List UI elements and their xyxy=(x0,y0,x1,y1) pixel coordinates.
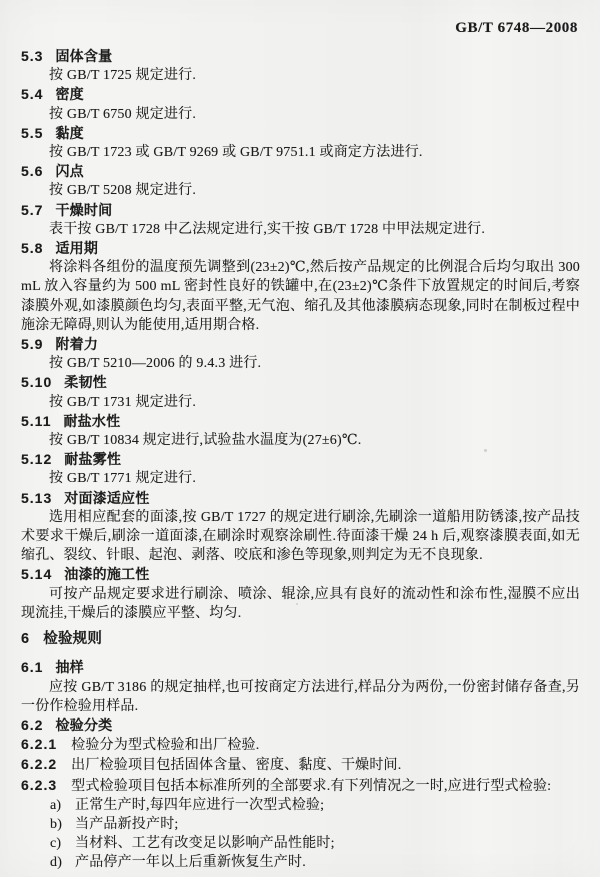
clause-title: 检验分类 xyxy=(55,717,112,733)
clause-title: 适用期 xyxy=(55,240,98,256)
clause-number: 6.1 xyxy=(21,659,43,675)
clause-number: 5.13 xyxy=(21,490,52,506)
clause-title: 密度 xyxy=(55,86,83,102)
doc-number: GB/T 6748—2008 xyxy=(455,20,578,37)
chapter-heading-6: 6检验规则 xyxy=(21,630,580,649)
list-item-d: d)产品停产一年以上后重新恢复生产时. xyxy=(50,853,580,872)
list-item-b: b)当产品新投产时; xyxy=(50,815,580,834)
subclause-text: 检验分为型式检验和出厂检验. xyxy=(71,738,259,753)
clause-title: 油漆的施工性 xyxy=(64,566,149,582)
clause-number: 5.5 xyxy=(21,125,43,141)
subclause-number: 6.2.3 xyxy=(21,777,57,793)
clause-number: 5.3 xyxy=(21,48,43,64)
paragraph: 按 GB/T 1731 规定进行. xyxy=(21,393,580,412)
clause-number: 5.14 xyxy=(21,566,52,582)
chapter-title: 检验规则 xyxy=(43,631,102,647)
clause-title: 对面漆适应性 xyxy=(64,490,149,506)
subclause-text: 出厂检验项目包括固体含量、密度、黏度、干燥时间. xyxy=(71,758,401,773)
paragraph: 按 GB/T 1771 规定进行. xyxy=(21,469,580,488)
list-marker: d) xyxy=(50,853,75,872)
clause-title: 耐盐水性 xyxy=(63,413,120,429)
paragraph: 按 GB/T 5208 规定进行. xyxy=(21,181,580,200)
paragraph: 应按 GB/T 3186 的规定抽样,也可按商定方法进行,样品分为两份,一份密封… xyxy=(21,678,580,716)
subclause-number: 6.2.2 xyxy=(21,756,57,772)
subclause-number: 6.2.1 xyxy=(21,736,57,752)
list-marker: a) xyxy=(50,796,75,815)
subclause-6-2-1: 6.2.1检验分为型式检验和出厂检验. xyxy=(21,735,580,755)
clause-heading-5-13: 5.13对面漆适应性 xyxy=(21,489,580,508)
list-item-c: c)当材料、工艺有改变足以影响产品性能时; xyxy=(50,834,580,853)
clause-heading-5-3: 5.3固体含量 xyxy=(21,47,580,66)
clause-title: 干燥时间 xyxy=(55,202,112,218)
clause-heading-5-5: 5.5黏度 xyxy=(21,124,580,143)
clause-number: 5.7 xyxy=(21,202,43,218)
paragraph: 按 GB/T 10834 规定进行,试验盐水温度为(27±6)℃. xyxy=(21,431,580,450)
clause-number: 5.9 xyxy=(21,336,43,352)
clause-heading-6-2: 6.2检验分类 xyxy=(21,716,580,735)
list-item-text: 产品停产一年以上后重新恢复生产时. xyxy=(75,853,306,872)
clause-title: 抽样 xyxy=(55,659,83,675)
subclause-text: 型式检验项目包括本标准所列的全部要求.有下列情况之一时,应进行型式检验: xyxy=(71,779,551,794)
subclause-6-2-3: 6.2.3型式检验项目包括本标准所列的全部要求.有下列情况之一时,应进行型式检验… xyxy=(21,776,580,796)
clause-heading-5-6: 5.6闪点 xyxy=(21,162,580,181)
clause-number: 5.12 xyxy=(21,451,52,467)
clause-title: 耐盐雾性 xyxy=(64,451,121,467)
scanned-standard-page: GB/T 6748—2008 5.3固体含量 按 GB/T 1725 规定进行.… xyxy=(0,0,600,877)
paragraph: 按 GB/T 5210—2006 的 9.4.3 进行. xyxy=(21,354,580,373)
list-marker: c) xyxy=(50,834,75,853)
document-content: 5.3固体含量 按 GB/T 1725 规定进行. 5.4密度 按 GB/T 6… xyxy=(21,47,580,873)
clause-heading-6-1: 6.1抽样 xyxy=(21,658,580,677)
clause-title: 柔韧性 xyxy=(64,374,107,390)
clause-number: 5.4 xyxy=(21,86,43,102)
clause-title: 固体含量 xyxy=(55,48,112,64)
paragraph: 将涂料各组份的温度预先调整到(23±2)℃,然后按产品规定的比例混合后均匀取出 … xyxy=(21,258,580,335)
list-item-text: 当材料、工艺有改变足以影响产品性能时; xyxy=(75,834,335,853)
chapter-number: 6 xyxy=(21,631,29,647)
clause-title: 闪点 xyxy=(55,163,83,179)
paragraph: 按 GB/T 1725 规定进行. xyxy=(21,66,580,85)
clause-heading-5-11: 5.11耐盐水性 xyxy=(21,412,580,431)
paragraph: 表干按 GB/T 1728 中乙法规定进行,实干按 GB/T 1728 中甲法规… xyxy=(21,220,580,239)
clause-heading-5-9: 5.9附着力 xyxy=(21,335,580,354)
list-item-text: 正常生产时,每四年应进行一次型式检验; xyxy=(75,796,324,815)
clause-heading-5-14: 5.14油漆的施工性 xyxy=(21,565,580,584)
list-item-text: 当产品新投产时; xyxy=(75,815,179,834)
clause-heading-5-10: 5.10柔韧性 xyxy=(21,373,580,392)
clause-heading-5-8: 5.8适用期 xyxy=(21,239,580,258)
clause-number: 5.11 xyxy=(21,413,51,429)
subclause-6-2-2: 6.2.2出厂检验项目包括固体含量、密度、黏度、干燥时间. xyxy=(21,755,580,775)
clause-number: 5.8 xyxy=(21,240,43,256)
clause-title: 附着力 xyxy=(55,336,98,352)
paragraph: 按 GB/T 6750 规定进行. xyxy=(21,105,580,124)
clause-heading-5-7: 5.7干燥时间 xyxy=(21,201,580,220)
clause-number: 6.2 xyxy=(21,717,43,733)
clause-heading-5-12: 5.12耐盐雾性 xyxy=(21,450,580,469)
paragraph: 选用相应配套的面漆,按 GB/T 1727 的规定进行刷涂,先刷涂一道船用防锈漆… xyxy=(21,508,580,566)
clause-title: 黏度 xyxy=(55,125,83,141)
clause-number: 5.6 xyxy=(21,163,43,179)
clause-heading-5-4: 5.4密度 xyxy=(21,85,580,104)
list-item-a: a)正常生产时,每四年应进行一次型式检验; xyxy=(50,796,580,815)
paragraph: 可按产品规定要求进行刷涂、喷涂、辊涂,应具有良好的流动性和涂布性,湿膜不应出现流… xyxy=(21,585,580,623)
paragraph: 按 GB/T 1723 或 GB/T 9269 或 GB/T 9751.1 或商… xyxy=(21,143,580,162)
list-marker: b) xyxy=(50,815,75,834)
clause-number: 5.10 xyxy=(21,374,52,390)
